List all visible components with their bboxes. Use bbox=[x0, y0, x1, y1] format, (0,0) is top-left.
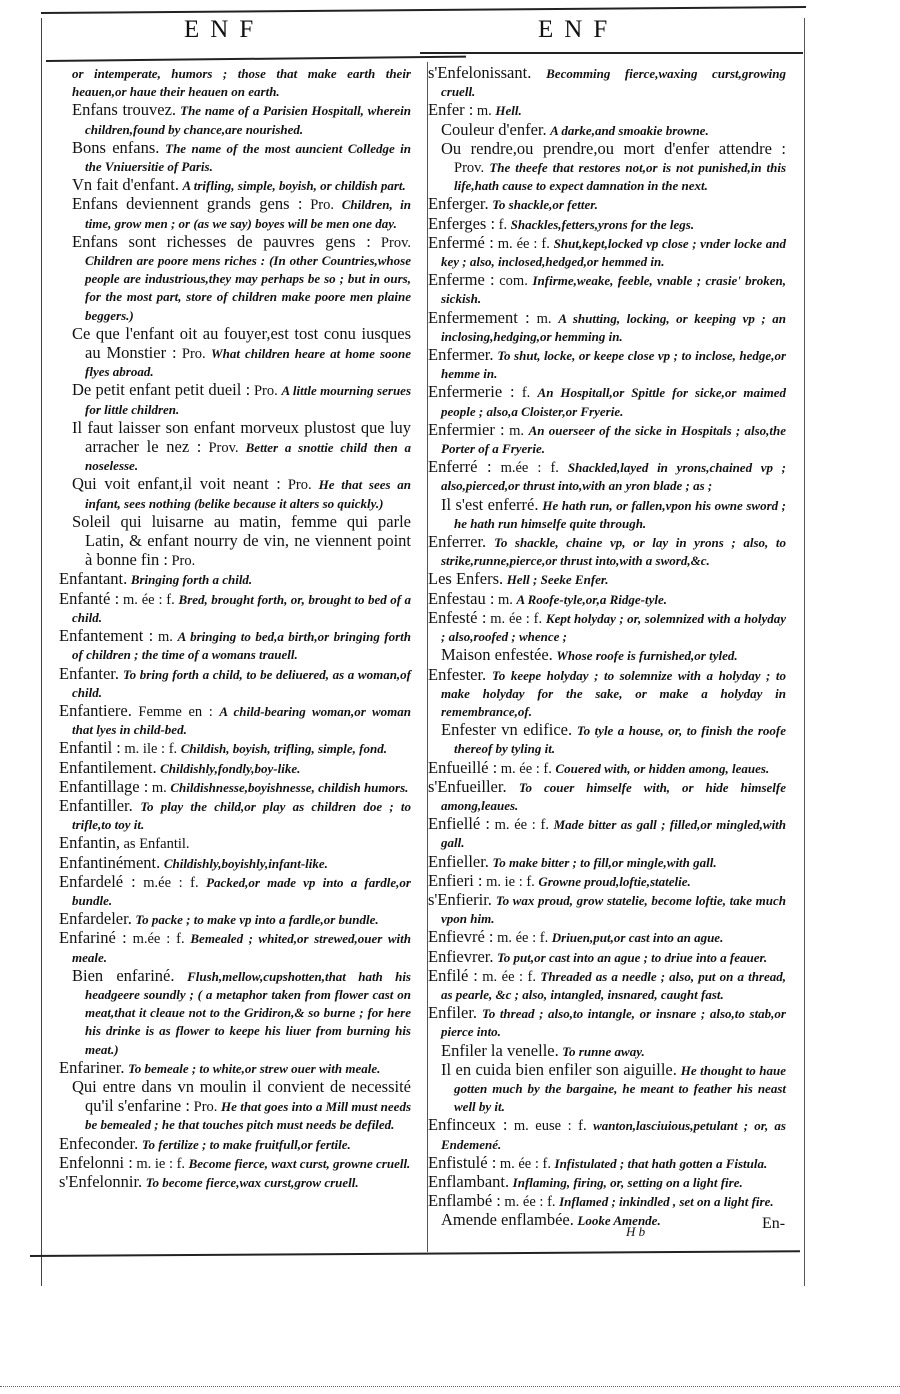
entry-grammar: m. ée : f. bbox=[497, 930, 548, 946]
dictionary-entry: Enfanter. To bring forth a child, to be … bbox=[59, 665, 411, 702]
entry-headword: Enferrer. bbox=[428, 532, 486, 551]
entry-definition: Whose roofe is furnished,or tyled. bbox=[556, 648, 737, 663]
entry-definition: To bemeale ; to white,or strew ouer with… bbox=[128, 1061, 380, 1076]
dictionary-entry: Enfermerie : f. An Hospitall,or Spittle … bbox=[428, 383, 786, 420]
entry-headword: Enfermerie : bbox=[428, 382, 515, 401]
entry-definition: or intemperate, humors ; those that make… bbox=[72, 66, 411, 99]
dictionary-entry: Couleur d'enfer. A darke,and smoakie bro… bbox=[428, 121, 786, 140]
dictionary-entry: Qui entre dans vn moulin il convient de … bbox=[59, 1078, 411, 1135]
dictionary-entry: Enfieri : m. ie : f. Growne proud,loftie… bbox=[428, 872, 786, 891]
dictionary-entry: Enfer : m. Hell. bbox=[428, 101, 786, 120]
entry-grammar: m. ée : f. bbox=[495, 817, 549, 833]
dictionary-entry: Enfans deviennent grands gens : Pro. Chi… bbox=[59, 195, 411, 232]
dictionary-entry: Enfiellé : m. ée : f. Made bitter as gal… bbox=[428, 815, 786, 852]
entry-definition: A darke,and smoakie browne. bbox=[550, 123, 709, 138]
entry-definition: Made bitter as gall ; filled,or mingled,… bbox=[441, 817, 786, 850]
entry-headword: Enfestau : bbox=[428, 589, 494, 608]
dictionary-entry: Enfermement : m. A shutting, locking, or… bbox=[428, 309, 786, 346]
entry-headword: s'Enfueiller. bbox=[428, 777, 507, 796]
entry-grammar: m. ile : f. bbox=[124, 741, 177, 757]
entry-headword: Enfanté : bbox=[59, 589, 119, 608]
entry-headword: Enfantiere. bbox=[59, 701, 132, 720]
dictionary-entry: Enfardelé : m.ée : f. Packed,or made vp … bbox=[59, 873, 411, 910]
entry-headword: Enfueillé : bbox=[428, 758, 497, 777]
entry-headword: Bien enfariné. bbox=[72, 966, 175, 985]
dictionary-entry: Enfardeler. To packe ; to make vp into a… bbox=[59, 910, 411, 929]
dictionary-entry: Enfantin, as Enfantil. bbox=[59, 834, 411, 853]
dictionary-entry: Enferme : com. Infirme,weake, feeble, vn… bbox=[428, 271, 786, 308]
entry-headword: Enfermer. bbox=[428, 345, 494, 364]
dictionary-entry: Vn fait d'enfant. A trifling, simple, bo… bbox=[59, 176, 411, 195]
dictionary-entry: Enfistulé : m. ée : f. Infistulated ; th… bbox=[428, 1154, 786, 1173]
entry-headword: s'Enfelonnir. bbox=[59, 1172, 142, 1191]
entry-definition: Childish, boyish, trifling, simple, fond… bbox=[181, 741, 387, 756]
entry-headword: Enfester. bbox=[428, 665, 486, 684]
entry-grammar: f. bbox=[522, 385, 530, 401]
entry-definition: Driuen,put,or cast into an ague. bbox=[552, 930, 724, 945]
entry-grammar: m. bbox=[158, 629, 173, 645]
entry-grammar: m. bbox=[537, 311, 552, 327]
entry-definition: Growne proud,loftie,statelie. bbox=[538, 874, 690, 889]
dictionary-entry: Enfueillé : m. ée : f. Couered with, or … bbox=[428, 759, 786, 778]
dictionary-entry: Enfiler. To thread ; also,to intangle, o… bbox=[428, 1004, 786, 1041]
entry-definition: A Roofe-tyle,or,a Ridge-tyle. bbox=[516, 592, 667, 607]
entry-grammar: Pro. bbox=[288, 477, 312, 493]
signature-mark: H b bbox=[626, 1224, 645, 1240]
entry-grammar: m. ée : f. bbox=[123, 592, 175, 608]
entry-headword: Enfiler la venelle. bbox=[441, 1041, 559, 1060]
entry-definition: Hell. bbox=[495, 103, 521, 118]
dictionary-entry: Enfestau : m. A Roofe-tyle,or,a Ridge-ty… bbox=[428, 590, 786, 609]
entry-grammar: Pro. bbox=[194, 1099, 218, 1115]
running-head-left: ENF bbox=[184, 16, 264, 44]
entry-headword: Enfieller. bbox=[428, 852, 489, 871]
dictionary-entry: Enfester vn edifice. To tyle a house, or… bbox=[428, 721, 786, 758]
entry-headword: Enfantement : bbox=[59, 626, 153, 645]
dictionary-entry: Enfermé : m. ée : f. Shut,kept,locked vp… bbox=[428, 234, 786, 271]
entry-definition: Childishnesse,boyishnesse, childish humo… bbox=[170, 780, 408, 795]
entry-definition: Shackles,fetters,yrons for the legs. bbox=[511, 217, 694, 232]
entry-definition: To put,or cast into an ague ; to driue i… bbox=[497, 950, 767, 965]
entry-headword: s'Enfelonissant. bbox=[428, 63, 531, 82]
dictionary-entry: Enfilé : m. ée : f. Threaded as a needle… bbox=[428, 967, 786, 1004]
entry-definition: Shackled,layed in yrons,chained vp ; als… bbox=[441, 460, 786, 493]
dictionary-entry: s'Enfelonnir. To become fierce,wax curst… bbox=[59, 1173, 411, 1192]
entry-grammar: m. ée : f. bbox=[500, 1156, 551, 1172]
dictionary-entry: Enfermer. To shut, locke, or keepe close… bbox=[428, 346, 786, 383]
dictionary-entry: Enfievrer. To put,or cast into an ague ;… bbox=[428, 948, 786, 967]
entry-headword: Enfester vn edifice. bbox=[441, 720, 572, 739]
entry-grammar: Prov. bbox=[208, 440, 238, 456]
entry-grammar: m. ie : f. bbox=[136, 1156, 185, 1172]
dictionary-entry: Enferges : f. Shackles,fetters,yrons for… bbox=[428, 215, 786, 234]
entry-headword: Ou rendre,ou prendre,ou mort d'enfer att… bbox=[441, 139, 786, 158]
entry-grammar: m.ée : f. bbox=[133, 931, 185, 947]
left-column: or intemperate, humors ; those that make… bbox=[59, 64, 411, 1192]
entry-grammar: Prov. bbox=[454, 160, 484, 176]
dictionary-entry: Enferger. To shackle,or fetter. bbox=[428, 195, 786, 214]
entry-headword: Enfans trouvez. bbox=[72, 100, 176, 119]
dictionary-entry: Enfantant. Bringing forth a child. bbox=[59, 570, 411, 589]
entry-grammar: m. ie : f. bbox=[486, 874, 535, 890]
entry-headword: Enfesté : bbox=[428, 608, 486, 627]
entry-headword: Enfantiller. bbox=[59, 796, 133, 815]
dictionary-entry: Bien enfariné. Flush,mellow,cupshotten,t… bbox=[59, 967, 411, 1059]
entry-grammar: m. bbox=[498, 592, 513, 608]
entry-headword: Amende enflambée. bbox=[441, 1210, 574, 1229]
dictionary-entry: Ce que l'enfant oit au fouyer,est tost c… bbox=[59, 325, 411, 382]
entry-definition: To shackle,or fetter. bbox=[492, 197, 598, 212]
entry-definition: To wax proud, grow statelie, become loft… bbox=[441, 893, 786, 926]
dictionary-entry: Enfantil : m. ile : f. Childish, boyish,… bbox=[59, 739, 411, 758]
entry-headword: Enferger. bbox=[428, 194, 489, 213]
entry-definition: To keepe holyday ; to solemnize with a h… bbox=[441, 668, 786, 719]
entry-headword: Enfilé : bbox=[428, 966, 478, 985]
dictionary-entry: Qui voit enfant,il voit neant : Pro. He … bbox=[59, 475, 411, 512]
entry-headword: Enflambé : bbox=[428, 1191, 501, 1210]
entry-grammar: Pro. bbox=[171, 553, 195, 569]
dictionary-entry: Enfans sont richesses de pauvres gens : … bbox=[59, 233, 411, 325]
entry-headword: Enfantin, bbox=[59, 833, 120, 852]
entry-grammar: m. ée : f. bbox=[504, 1194, 555, 1210]
entry-definition: Looke Amende. bbox=[577, 1213, 660, 1228]
dictionary-entry: Il en cuida bien enfiler son aiguille. H… bbox=[428, 1061, 786, 1117]
dictionary-entry: Enfantiere. Femme en : A child-bearing w… bbox=[59, 702, 411, 739]
entry-headword: Maison enfestée. bbox=[441, 645, 553, 664]
entry-grammar: Pro. bbox=[182, 346, 206, 362]
dictionary-entry: Enferrer. To shackle, chaine vp, or lay … bbox=[428, 533, 786, 570]
dictionary-entry: Enfeconder. To fertilize ; to make fruit… bbox=[59, 1135, 411, 1154]
dictionary-entry: Maison enfestée. Whose roofe is furnishe… bbox=[428, 646, 786, 665]
entry-headword: s'Enfierir. bbox=[428, 890, 492, 909]
entry-headword: Enfantil : bbox=[59, 738, 121, 757]
entry-grammar: m. ée : f. bbox=[482, 969, 536, 985]
entry-grammar: as Enfantil. bbox=[124, 836, 190, 852]
entry-grammar: com. bbox=[499, 273, 528, 289]
entry-headword: Enfariner. bbox=[59, 1058, 125, 1077]
entry-definition: Hell ; Seeke Enfer. bbox=[507, 572, 609, 587]
entry-definition: To become fierce,wax curst,grow cruell. bbox=[146, 1175, 359, 1190]
dictionary-entry: De petit enfant petit dueil : Pro. A lit… bbox=[59, 381, 411, 418]
dictionary-entry: Enfantilement. Childishly,fondly,boy-lik… bbox=[59, 759, 411, 778]
entry-headword: Enfardeler. bbox=[59, 909, 132, 928]
running-head-right: ENF bbox=[538, 16, 618, 44]
entry-headword: Enfinceux : bbox=[428, 1115, 507, 1134]
dictionary-entry: Enfariné : m.ée : f. Bemealed ; whited,o… bbox=[59, 929, 411, 966]
dictionary-entry: Enfantinément. Childishly,boyishly,infan… bbox=[59, 854, 411, 873]
entry-definition: To shackle, chaine vp, or lay in yrons ;… bbox=[441, 535, 786, 568]
dictionary-entry: Enfariner. To bemeale ; to white,or stre… bbox=[59, 1059, 411, 1078]
entry-headword: Enfantinément. bbox=[59, 853, 160, 872]
entry-definition: Become fierce, waxt curst, growne cruell… bbox=[189, 1156, 411, 1171]
dictionary-entry: Enfanté : m. ée : f. Bred, brought forth… bbox=[59, 590, 411, 627]
entry-headword: Enfermement : bbox=[428, 308, 530, 327]
entry-grammar: f. bbox=[499, 217, 507, 233]
entry-headword: Soleil qui luisarne au matin, femme qui … bbox=[72, 512, 411, 569]
entry-headword: Vn fait d'enfant. bbox=[72, 175, 179, 194]
entry-headword: Enfermé : bbox=[428, 233, 494, 252]
dictionary-entry: Enfelonni : m. ie : f. Become fierce, wa… bbox=[59, 1154, 411, 1173]
entry-grammar: m. bbox=[509, 423, 524, 439]
entry-grammar: m.ée : f. bbox=[143, 875, 198, 891]
dictionary-entry: Enfinceux : m. euse : f. wanton,lasciuio… bbox=[428, 1116, 786, 1153]
dictionary-entry: s'Enfelonissant. Becomming fierce,waxing… bbox=[428, 64, 786, 101]
entry-definition: Inflaming, firing, or, setting on a ligh… bbox=[513, 1175, 743, 1190]
entry-definition: The theefe that restores not,or is not p… bbox=[454, 160, 786, 193]
entry-grammar: Pro. bbox=[310, 197, 334, 213]
entry-headword: Qui voit enfant,il voit neant : bbox=[72, 474, 281, 493]
entry-definition: To bring forth a child, to be deliuered,… bbox=[72, 667, 411, 700]
dictionary-entry: Enfester. To keepe holyday ; to solemniz… bbox=[428, 666, 786, 722]
entry-grammar: m. ée : f. bbox=[498, 236, 550, 252]
dictionary-entry: Il s'est enferré. He hath run, or fallen… bbox=[428, 496, 786, 533]
entry-headword: Enfanter. bbox=[59, 664, 119, 683]
entry-headword: Enfans sont richesses de pauvres gens : bbox=[72, 232, 371, 251]
entry-headword: Enferré : bbox=[428, 457, 492, 476]
dictionary-entry: Ou rendre,ou prendre,ou mort d'enfer att… bbox=[428, 140, 786, 196]
catchword: En- bbox=[762, 1215, 785, 1233]
entry-definition: To make bitter ; to fill,or mingle,with … bbox=[492, 855, 716, 870]
dictionary-entry: Enfantiller. To play the child,or play a… bbox=[59, 797, 411, 834]
dictionary-entry: Enflambant. Inflaming, firing, or, setti… bbox=[428, 1173, 786, 1192]
entry-headword: Enfariné : bbox=[59, 928, 127, 947]
dictionary-entry: Enfantement : m. A bringing to bed,a bir… bbox=[59, 627, 411, 664]
entry-headword: Il s'est enferré. bbox=[441, 495, 538, 514]
entry-definition: Childishly,boyishly,infant-like. bbox=[164, 856, 328, 871]
entry-headword: Enfistulé : bbox=[428, 1153, 496, 1172]
dictionary-entry: Soleil qui luisarne au matin, femme qui … bbox=[59, 513, 411, 571]
dictionary-entry: or intemperate, humors ; those that make… bbox=[59, 64, 411, 101]
entry-headword: De petit enfant petit dueil : bbox=[72, 380, 250, 399]
entry-grammar: m. ée : f. bbox=[501, 761, 552, 777]
entry-headword: Il en cuida bien enfiler son aiguille. bbox=[441, 1060, 677, 1079]
dictionary-entry: Enfieller. To make bitter ; to fill,or m… bbox=[428, 853, 786, 872]
entry-headword: Enferges : bbox=[428, 214, 495, 233]
top-border-rule bbox=[41, 6, 806, 14]
scan-edge bbox=[0, 1386, 900, 1389]
entry-headword: Enfans deviennent grands gens : bbox=[72, 194, 302, 213]
entry-grammar: m. ée : f. bbox=[490, 611, 542, 627]
dictionary-entry: Enfievré : m. ée : f. Driuen,put,or cast… bbox=[428, 928, 786, 947]
dictionary-entry: Les Enfers. Hell ; Seeke Enfer. bbox=[428, 570, 786, 589]
dictionary-entry: Enfantillage : m. Childishnesse,boyishne… bbox=[59, 778, 411, 797]
dictionary-entry: Amende enflambée. Looke Amende. bbox=[428, 1211, 786, 1230]
entry-headword: Enfeconder. bbox=[59, 1134, 138, 1153]
entry-headword: Enferme : bbox=[428, 270, 495, 289]
entry-headword: Enfieri : bbox=[428, 871, 483, 890]
dictionary-entry: s'Enfierir. To wax proud, grow statelie,… bbox=[428, 891, 786, 928]
dictionary-entry: Il faut laisser son enfant morveux plust… bbox=[59, 419, 411, 476]
dictionary-entry: Enfans trouvez. The name of a Parisien H… bbox=[59, 101, 411, 138]
entry-headword: Bons enfans. bbox=[72, 138, 159, 157]
entry-headword: Les Enfers. bbox=[428, 569, 503, 588]
dictionary-entry: Enfermier : m. An ouerseer of the sicke … bbox=[428, 421, 786, 458]
entry-headword: Enfantillage : bbox=[59, 777, 148, 796]
dictionary-entry: Enferré : m.ée : f. Shackled,layed in yr… bbox=[428, 458, 786, 495]
entry-headword: Enfer : bbox=[428, 100, 473, 119]
entry-headword: Enfievrer. bbox=[428, 947, 494, 966]
entry-headword: Enfelonni : bbox=[59, 1153, 133, 1172]
entry-definition: To runne away. bbox=[562, 1044, 644, 1059]
entry-grammar: Prov. bbox=[381, 235, 411, 251]
entry-grammar: m.ée : f. bbox=[501, 460, 559, 476]
entry-headword: Enfiellé : bbox=[428, 814, 490, 833]
entry-definition: To fertilize ; to make fruitfull,or fert… bbox=[142, 1137, 351, 1152]
entry-headword: Enflambant. bbox=[428, 1172, 509, 1191]
entry-grammar: m. bbox=[477, 103, 492, 119]
entry-headword: Enfantilement. bbox=[59, 758, 157, 777]
entry-definition: Childishly,fondly,boy-like. bbox=[160, 761, 300, 776]
dictionary-entry: Enflambé : m. ée : f. Inflamed ; inkindl… bbox=[428, 1192, 786, 1211]
entry-grammar: Femme en : bbox=[138, 704, 212, 720]
entry-definition: To packe ; to make vp into a fardle,or b… bbox=[135, 912, 378, 927]
right-column: s'Enfelonissant. Becomming fierce,waxing… bbox=[428, 64, 786, 1231]
entry-definition: Couered with, or hidden among, leaues. bbox=[555, 761, 769, 776]
entry-definition: Children are poore mens riches : (In oth… bbox=[85, 253, 411, 323]
entry-headword: Enfardelé : bbox=[59, 872, 136, 891]
dictionary-entry: s'Enfueiller. To couer himselfe with, or… bbox=[428, 778, 786, 815]
entry-grammar: Pro. bbox=[254, 383, 278, 399]
dictionary-entry: Enfiler la venelle. To runne away. bbox=[428, 1042, 786, 1061]
entry-headword: Enfantant. bbox=[59, 569, 127, 588]
entry-grammar: m. euse : f. bbox=[514, 1118, 587, 1134]
entry-grammar: m. bbox=[152, 780, 167, 796]
header-rule-right bbox=[420, 52, 803, 54]
entry-headword: Enfermier : bbox=[428, 420, 505, 439]
dictionary-entry: Enfesté : m. ée : f. Kept holyday ; or, … bbox=[428, 609, 786, 646]
entry-definition: A trifling, simple, boyish, or childish … bbox=[183, 178, 406, 193]
entry-definition: Infistulated ; that hath gotten a Fistul… bbox=[555, 1156, 768, 1171]
entry-definition: Bringing forth a child. bbox=[131, 572, 252, 587]
entry-definition: Inflamed ; inkindled , set on a light fi… bbox=[559, 1194, 774, 1209]
entry-definition: To thread ; also,to intangle, or insnare… bbox=[441, 1006, 786, 1039]
entry-headword: Enfievré : bbox=[428, 927, 494, 946]
entry-headword: Couleur d'enfer. bbox=[441, 120, 547, 139]
dictionary-entry: Bons enfans. The name of the most auncie… bbox=[59, 139, 411, 176]
entry-headword: Enfiler. bbox=[428, 1003, 477, 1022]
